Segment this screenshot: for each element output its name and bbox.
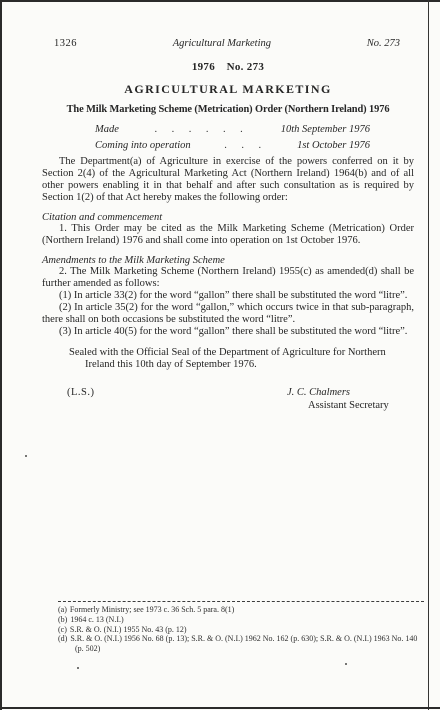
- footnotes: (a)Formerly Ministry; see 1973 c. 36 Sch…: [58, 601, 424, 654]
- docket-value: 1st October 1976: [297, 140, 370, 151]
- seal-mark: (L.S.): [42, 387, 95, 398]
- footnote-label: (b): [58, 615, 70, 624]
- scanned-page: 1326 Agricultural Marketing No. 273 1976…: [0, 0, 440, 710]
- scan-speck: [25, 455, 27, 457]
- dot-leader: . . .: [191, 140, 297, 151]
- order-title: The Milk Marketing Scheme (Metrication) …: [42, 104, 414, 115]
- scan-speck: [345, 663, 347, 665]
- docket-label: Made: [95, 124, 119, 135]
- article-2-subparagraph-1: (1) In article 33(2) for the word “gallo…: [42, 290, 414, 302]
- footnote-d: (d)S.R. & O. (N.I.) 1956 No. 68 (p. 13);…: [58, 634, 424, 654]
- running-number: No. 273: [367, 38, 414, 49]
- article-2-subparagraph-3: (3) In article 40(5) for the word “gallo…: [42, 326, 414, 338]
- footnote-rule: [58, 601, 424, 602]
- docket-value: 10th September 1976: [281, 124, 370, 135]
- signatory: J. C. Chalmers Assistant Secretary: [287, 387, 414, 411]
- subject-heading: AGRICULTURAL MARKETING: [42, 82, 414, 97]
- scan-edge-right: [428, 0, 429, 710]
- page-number: 1326: [42, 38, 77, 49]
- section-heading-citation: Citation and commencement: [42, 212, 414, 223]
- footnote-label: (c): [58, 625, 70, 634]
- signatory-title: Assistant Secretary: [287, 400, 414, 411]
- docket-label: Coming into operation: [95, 140, 191, 151]
- running-header: 1326 Agricultural Marketing No. 273: [42, 38, 414, 49]
- docket-row-coming-into-operation: Coming into operation . . . 1st October …: [95, 140, 370, 151]
- preamble-paragraph: The Department(a) of Agriculture in exer…: [42, 156, 414, 204]
- footnote-b: (b)1964 c. 13 (N.I.): [58, 615, 424, 625]
- page-content: 1326 Agricultural Marketing No. 273 1976…: [42, 38, 414, 411]
- article-2-paragraph: 2. The Milk Marketing Scheme (Northern I…: [42, 266, 414, 290]
- article-1-paragraph: 1. This Order may be cited as the Milk M…: [42, 223, 414, 247]
- footnote-text: Formerly Ministry; see 1973 c. 36 Sch. 5…: [70, 605, 234, 614]
- footnote-label: (a): [58, 605, 70, 614]
- signatory-name: J. C. Chalmers: [287, 387, 414, 398]
- footnote-c: (c)S.R. & O. (N.I.) 1955 No. 43 (p. 12): [58, 625, 424, 635]
- running-title: Agricultural Marketing: [173, 38, 271, 49]
- signature-block: (L.S.) J. C. Chalmers Assistant Secretar…: [42, 387, 414, 411]
- scan-edge-left: [0, 0, 2, 710]
- dot-leader: . . . . . .: [119, 124, 281, 135]
- footnote-text: 1964 c. 13 (N.I.): [70, 615, 123, 624]
- footnote-a: (a)Formerly Ministry; see 1973 c. 36 Sch…: [58, 605, 424, 615]
- footnote-text: S.R. & O. (N.I.) 1956 No. 68 (p. 13); S.…: [70, 634, 417, 653]
- scan-speck: [77, 667, 79, 669]
- footnote-label: (d): [58, 634, 70, 643]
- sealing-clause: Sealed with the Official Seal of the Dep…: [42, 347, 414, 372]
- docket-row-made: Made . . . . . . 10th September 1976: [95, 124, 370, 135]
- scan-edge-top: [0, 0, 440, 2]
- section-heading-amendments: Amendments to the Milk Marketing Scheme: [42, 255, 414, 266]
- footnote-text: S.R. & O. (N.I.) 1955 No. 43 (p. 12): [70, 625, 187, 634]
- order-number: 1976 No. 273: [42, 61, 414, 73]
- article-2-subparagraph-2: (2) In article 35(2) for the word “gallo…: [42, 302, 414, 326]
- scan-edge-bottom: [0, 707, 440, 709]
- docket-table: Made . . . . . . 10th September 1976 Com…: [42, 124, 414, 151]
